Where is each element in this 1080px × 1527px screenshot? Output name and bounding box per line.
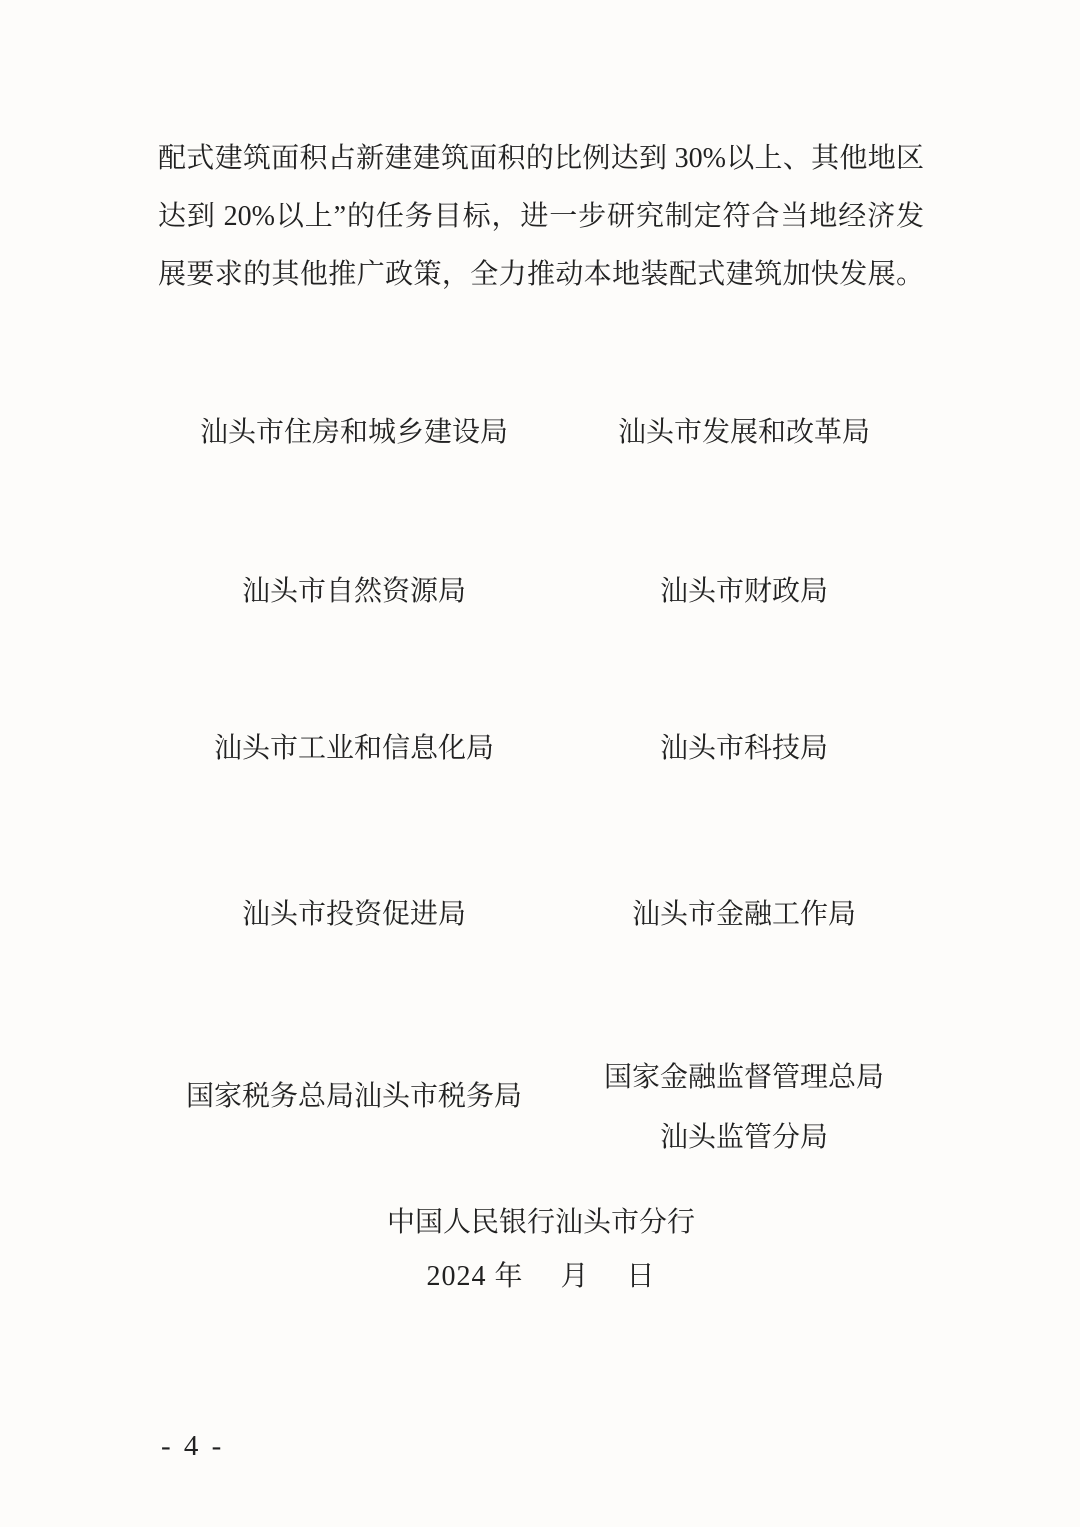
signatory-science-tech-bureau: 汕头市科技局: [558, 734, 930, 765]
signatory-financial-regulatory-line-1: 国家金融监督管理总局: [558, 1048, 930, 1108]
signatory-development-reform-bureau: 汕头市发展和改革局: [558, 418, 930, 449]
signatory-taxation-bureau: 国家税务总局汕头市税务局: [158, 1082, 550, 1113]
signatory-industry-it-bureau: 汕头市工业和信息化局: [158, 734, 550, 765]
signatory-investment-promotion-bureau: 汕头市投资促进局: [158, 900, 550, 931]
signatory-natural-resources-bureau: 汕头市自然资源局: [158, 577, 550, 608]
signatory-financial-work-bureau: 汕头市金融工作局: [558, 900, 930, 931]
body-paragraph: 配式建筑面积占新建建筑面积的比例达到 30%以上、其他地区 达到 20%以上”的…: [158, 130, 924, 304]
signatory-housing-bureau: 汕头市住房和城乡建设局: [158, 418, 550, 449]
closing-organization: 中国人民银行汕头市分行: [158, 1208, 924, 1239]
signatory-financial-regulatory-bureau: 国家金融监督管理总局 汕头监管分局: [558, 1048, 930, 1168]
page-number: - 4 -: [161, 1431, 224, 1463]
paragraph-line-3: 展要求的其他推广政策，全力推动本地装配式建筑加快发展。: [158, 246, 924, 304]
paragraph-line-1: 配式建筑面积占新建建筑面积的比例达到 30%以上、其他地区: [158, 130, 924, 188]
signatory-financial-regulatory-line-2: 汕头监管分局: [558, 1108, 930, 1168]
closing-date: 2024 年 月 日: [158, 1262, 924, 1293]
document-page: 配式建筑面积占新建建筑面积的比例达到 30%以上、其他地区 达到 20%以上”的…: [0, 0, 1080, 1527]
signatory-finance-bureau: 汕头市财政局: [558, 577, 930, 608]
paragraph-line-2: 达到 20%以上”的任务目标，进一步研究制定符合当地经济发: [158, 188, 924, 246]
